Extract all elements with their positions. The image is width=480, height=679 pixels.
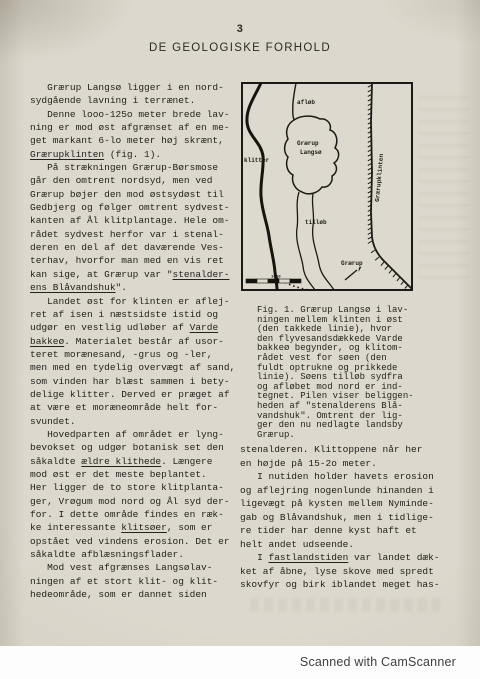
afloeb-label: afløb bbox=[297, 99, 315, 106]
camscanner-text: Scanned with CamScanner bbox=[300, 655, 456, 669]
text-line: udgør en vestlig udløber af Varde bbox=[30, 321, 238, 334]
page-bleedthrough-bottom bbox=[250, 598, 440, 612]
text-line: og aflejring nogenlunde hinanden i bbox=[240, 484, 456, 498]
text-line: helt andet udseende. bbox=[240, 538, 456, 552]
text-line: re tider har denne kyst haft et bbox=[240, 524, 456, 538]
text-line: ger, Vrøgum mod nord og Ål syd der- bbox=[30, 495, 238, 508]
page-title: DE GEOLOGISKE FORHOLD bbox=[0, 42, 480, 54]
text-line: get markant 6-lo meter høj skrænt, bbox=[30, 134, 238, 147]
text-line: ens Blåvandshuk". bbox=[30, 281, 238, 294]
right-column: stenalderen. Klittoppene når heren højde… bbox=[240, 443, 456, 592]
text-line: skovfyr og birk iblandet meget has- bbox=[240, 578, 456, 592]
text-line: På strækningen Grærup-Børsmose bbox=[30, 161, 238, 174]
text-line: Grærupklinten (fig. 1). bbox=[30, 148, 238, 161]
page-bleedthrough bbox=[418, 96, 470, 286]
text-line: mod øst er det meste beplantet. bbox=[30, 468, 238, 481]
screenshot-root: 3 DE GEOLOGISKE FORHOLD Grærup Langsø li… bbox=[0, 0, 480, 679]
text-line: opstået ved vindens erosion. Det er bbox=[30, 535, 238, 548]
text-line: Grærup. bbox=[257, 431, 453, 441]
text-line: Gedbjerg og følger omtrent sydvest- bbox=[30, 201, 238, 214]
text-line: Denne looo-125o meter brede lav- bbox=[30, 108, 238, 121]
text-line: for. I dette område findes en ræk- bbox=[30, 508, 238, 521]
text-line: svundet. bbox=[30, 415, 238, 428]
text-line: ke interessante klitsøer, som er bbox=[30, 521, 238, 534]
text-line: Hovedparten af området er lyng- bbox=[30, 428, 238, 441]
text-line: bakkeø. Materialet består af usor- bbox=[30, 335, 238, 348]
text-line: som vinden har blæst sammen i bety- bbox=[30, 375, 238, 388]
text-line: hedeområde, som er dannet siden bbox=[30, 588, 238, 601]
scale-label: 1000 bbox=[271, 276, 281, 280]
text-line: en højde på 15-2o meter. bbox=[240, 457, 456, 471]
text-line: ket af åbne, lyse skove med spredt bbox=[240, 565, 456, 579]
klitter-label: klitter bbox=[244, 157, 270, 164]
text-line: at være et moræneområde helt for- bbox=[30, 401, 238, 414]
text-line: kan sige, at Grærup var "stenalder- bbox=[30, 268, 238, 281]
lake-label-1: Grærup bbox=[297, 140, 319, 147]
text-line: men med en tydelig overvægt af sand, bbox=[30, 361, 238, 374]
text-line: stenalderen. Klittoppene når her bbox=[240, 443, 456, 457]
figure-caption: Fig. 1. Grærup Langsø i lav-ningen melle… bbox=[257, 306, 453, 440]
text-line: Landet øst for klinten er aflej- bbox=[30, 295, 238, 308]
text-line: ningen af et stort klit- og klit- bbox=[30, 575, 238, 588]
text-line: kanten af Ål klitplantage. Hele om- bbox=[30, 214, 238, 227]
text-line: Her ligger de to store klitplanta- bbox=[30, 481, 238, 494]
text-line: ret af isen i næstsidste istid og bbox=[30, 308, 238, 321]
text-line: teret morænesand, -grus og -ler, bbox=[30, 348, 238, 361]
graerup-label: Grærup bbox=[341, 260, 363, 267]
text-line: sydgående lavning i terrænet. bbox=[30, 94, 238, 107]
text-line: ning er mod øst afgrænset af en me- bbox=[30, 121, 238, 134]
text-line: såkaldte ældre klithede. Længere bbox=[30, 455, 238, 468]
tilloeb-label: tilløb bbox=[305, 219, 327, 226]
text-line: delige klitter. Derved er præget af bbox=[30, 388, 238, 401]
camscanner-band: Scanned with CamScanner bbox=[0, 646, 480, 679]
text-line: bevokset og udgør botanisk set den bbox=[30, 441, 238, 454]
text-line: rådet sydvest herfor var i stenal- bbox=[30, 228, 238, 241]
text-line: terhav, hvorfor man med en vis ret bbox=[30, 254, 238, 267]
lake-label-2: Langsø bbox=[300, 149, 322, 156]
page-number: 3 bbox=[0, 23, 480, 35]
text-line: Grærup bøjer den mod østsydøst til bbox=[30, 188, 238, 201]
text-line: I nutiden holder havets erosion bbox=[240, 470, 456, 484]
text-line: deren en del af det daværende Ves- bbox=[30, 241, 238, 254]
text-line: gab og Blåvandshuk, men i tidlige- bbox=[240, 511, 456, 525]
text-line: såkaldte afblæsningsflader. bbox=[30, 548, 238, 561]
text-line: ligevægt på kysten mellem Nyminde- bbox=[240, 497, 456, 511]
text-line: går den omtrent nordsyd, men ved bbox=[30, 174, 238, 187]
text-line: Grærup Langsø ligger i en nord- bbox=[30, 81, 238, 94]
map-figure: 1000 klitter afløb Grærup Langsø tilløb … bbox=[241, 82, 413, 291]
text-line: Mod vest afgrænses Langsølav- bbox=[30, 561, 238, 574]
scanned-page: 3 DE GEOLOGISKE FORHOLD Grærup Langsø li… bbox=[0, 0, 480, 646]
text-line: I fastlandstiden var landet dæk- bbox=[240, 551, 456, 565]
left-column: Grærup Langsø ligger i en nord-sydgående… bbox=[30, 81, 238, 601]
figure-map: 1000 klitter afløb Grærup Langsø tilløb … bbox=[241, 82, 413, 291]
